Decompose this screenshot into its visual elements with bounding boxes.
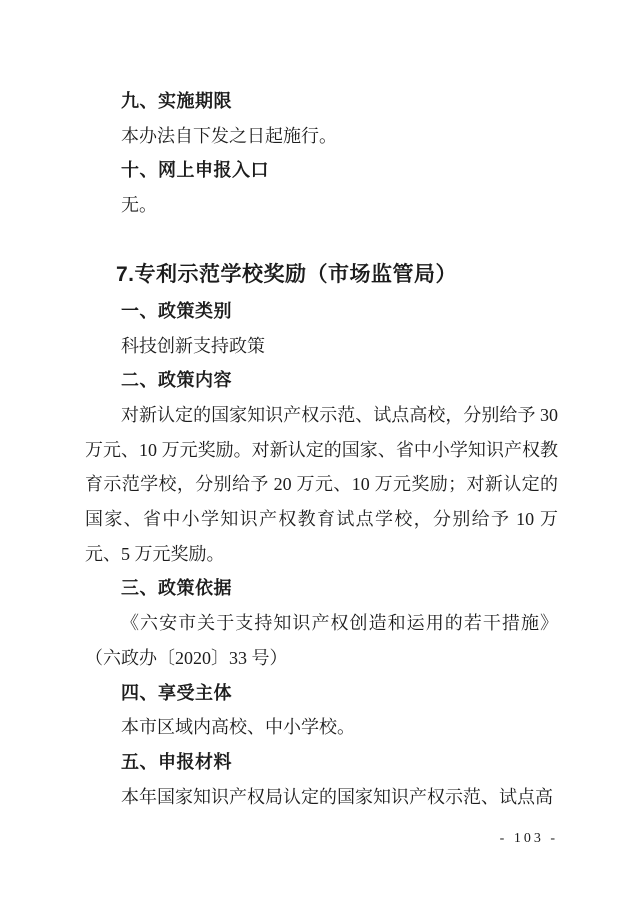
item-2-body-policy-content: 对新认定的国家知识产权示范、试点高校，分别给予 30 万元、10 万元奖励。对新… xyxy=(85,398,558,572)
policy-section-title: 7.专利示范学校奖励（市场监管局） xyxy=(85,256,558,294)
item-1-body-policy-category: 科技创新支持政策 xyxy=(85,329,558,364)
item-5-body-application-materials: 本年国家知识产权局认定的国家知识产权示范、试点高 xyxy=(85,780,558,815)
item-1-heading-policy-category: 一、政策类别 xyxy=(85,294,558,329)
section-9-heading: 九、实施期限 xyxy=(85,84,558,119)
item-2-heading-policy-content: 二、政策内容 xyxy=(85,363,558,398)
document-content: 九、实施期限 本办法自下发之日起施行。 十、网上申报入口 无。 7.专利示范学校… xyxy=(0,0,642,814)
document-page: 九、实施期限 本办法自下发之日起施行。 十、网上申报入口 无。 7.专利示范学校… xyxy=(0,0,642,907)
item-5-heading-application-materials: 五、申报材料 xyxy=(85,745,558,780)
section-10-heading: 十、网上申报入口 xyxy=(85,153,558,188)
item-3-body-policy-basis: 《六安市关于支持知识产权创造和运用的若干措施》（六政办〔2020〕33 号） xyxy=(85,606,558,675)
item-4-body-beneficiaries: 本市区域内高校、中小学校。 xyxy=(85,710,558,745)
section-9-body: 本办法自下发之日起施行。 xyxy=(85,119,558,154)
section-10-body: 无。 xyxy=(85,188,558,223)
page-number: - 103 - xyxy=(500,831,558,847)
item-3-heading-policy-basis: 三、政策依据 xyxy=(85,571,558,606)
item-4-heading-beneficiaries: 四、享受主体 xyxy=(85,676,558,711)
